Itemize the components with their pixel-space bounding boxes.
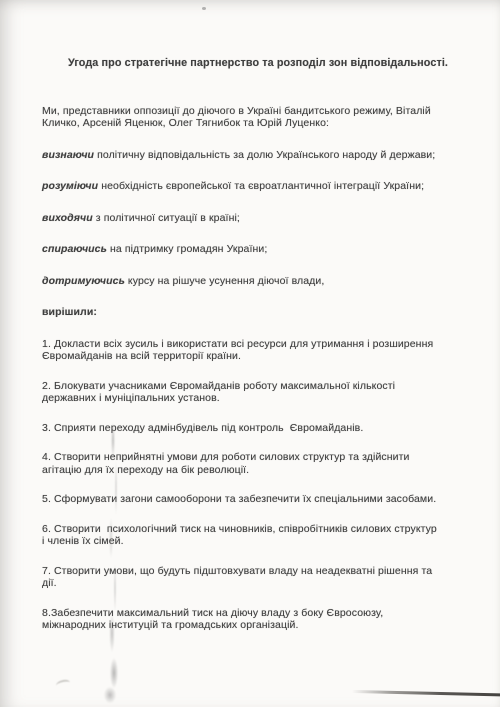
clause-lead-word: виходячи [42, 212, 93, 224]
numbered-item-5: 5. Сформувати загони самооборони та забе… [42, 493, 474, 506]
clause-lead-word: спираючись [42, 243, 107, 255]
scan-mark-artifact [56, 679, 71, 689]
clause-text: необхідність європейської та євроатланти… [98, 180, 424, 192]
preamble-clause-4: спираючись на підтримку громадян України… [42, 243, 474, 256]
preamble-clause-2: розуміючи необхідність європейської та є… [42, 180, 474, 193]
document-body: Угода про стратегічне партнерство та роз… [42, 57, 474, 649]
preamble-clause-1: визнаючи політичну відповідальність за д… [42, 149, 474, 162]
numbered-item-3: 3. Сприяти переходу адмінбудівель під ко… [42, 422, 474, 435]
clause-lead-word: дотримуючись [42, 275, 125, 287]
document-title: Угода про стратегічне партнерство та роз… [42, 57, 474, 70]
clause-text: з політичної ситуації в країні; [93, 212, 240, 224]
numbered-item-1: 1. Докласти всіх зусиль і використати вс… [42, 338, 474, 363]
numbered-item-6: 6. Створити психологічний тиск на чиновн… [42, 523, 474, 548]
preamble-clause-3: виходячи з політичної ситуації в країні; [42, 212, 474, 225]
scan-speck-artifact [202, 7, 206, 10]
scanned-document-page: Угода про стратегічне партнерство та роз… [0, 0, 500, 707]
clause-text: на підтримку громадян України; [107, 243, 267, 255]
clause-lead-word: визнаючи [42, 149, 94, 161]
resolution-heading: вирішили: [42, 306, 474, 319]
numbered-item-2: 2. Блокувати учасниками Євромайданів роб… [42, 380, 474, 405]
paper-edge-shadow [352, 690, 500, 696]
intro-paragraph: Ми, представники оппозиції до діючого в … [42, 105, 474, 130]
numbered-item-8: 8.Забезпечити максимальний тиск на діючу… [42, 607, 474, 632]
preamble-clause-5: дотримуючись курсу на рішуче усунення ді… [42, 275, 474, 288]
numbered-item-7: 7. Створити умови, що будуть підштовхува… [42, 565, 474, 590]
clause-text: політичну відповідальність за долю Украї… [94, 149, 435, 161]
clause-lead-word: розуміючи [42, 180, 98, 192]
numbered-item-4: 4. Створити неприйнятні умови для роботи… [42, 451, 474, 476]
clause-text: курсу на рішуче усунення діючої влади, [125, 275, 324, 287]
